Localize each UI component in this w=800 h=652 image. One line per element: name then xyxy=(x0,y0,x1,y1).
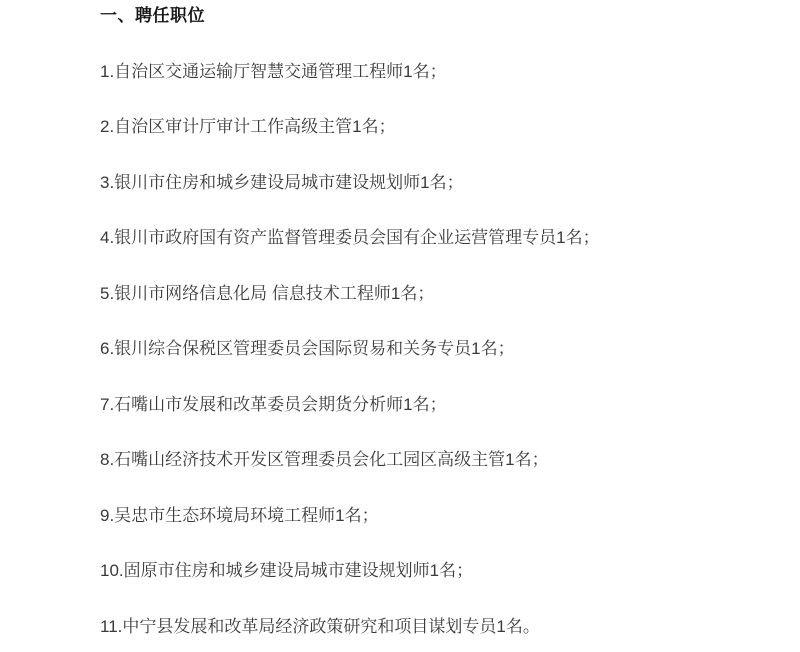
position-item-7: 7.石嘴山市发展和改革委员会期货分析师1名； xyxy=(100,393,760,417)
position-item-10: 10.固原市住房和城乡建设局城市建设规划师1名； xyxy=(100,559,760,583)
position-item-11: 11.中宁县发展和改革局经济政策研究和项目谋划专员1名。 xyxy=(100,615,760,639)
position-item-1: 1.自治区交通运输厅智慧交通管理工程师1名； xyxy=(100,60,760,84)
document-page: 一、聘任职位 1.自治区交通运输厅智慧交通管理工程师1名； 2.自治区审计厅审计… xyxy=(0,0,800,652)
position-item-3: 3.银川市住房和城乡建设局城市建设规划师1名； xyxy=(100,171,760,195)
position-item-6: 6.银川综合保税区管理委员会国际贸易和关务专员1名； xyxy=(100,337,760,361)
position-item-5: 5.银川市网络信息化局 信息技术工程师1名； xyxy=(100,282,760,306)
position-item-4: 4.银川市政府国有资产监督管理委员会国有企业运营管理专员1名； xyxy=(100,226,760,250)
position-item-9: 9.吴忠市生态环境局环境工程师1名； xyxy=(100,504,760,528)
position-item-8: 8.石嘴山经济技术开发区管理委员会化工园区高级主管1名； xyxy=(100,448,760,472)
position-item-2: 2.自治区审计厅审计工作高级主管1名； xyxy=(100,115,760,139)
section-title: 一、聘任职位 xyxy=(100,4,760,28)
